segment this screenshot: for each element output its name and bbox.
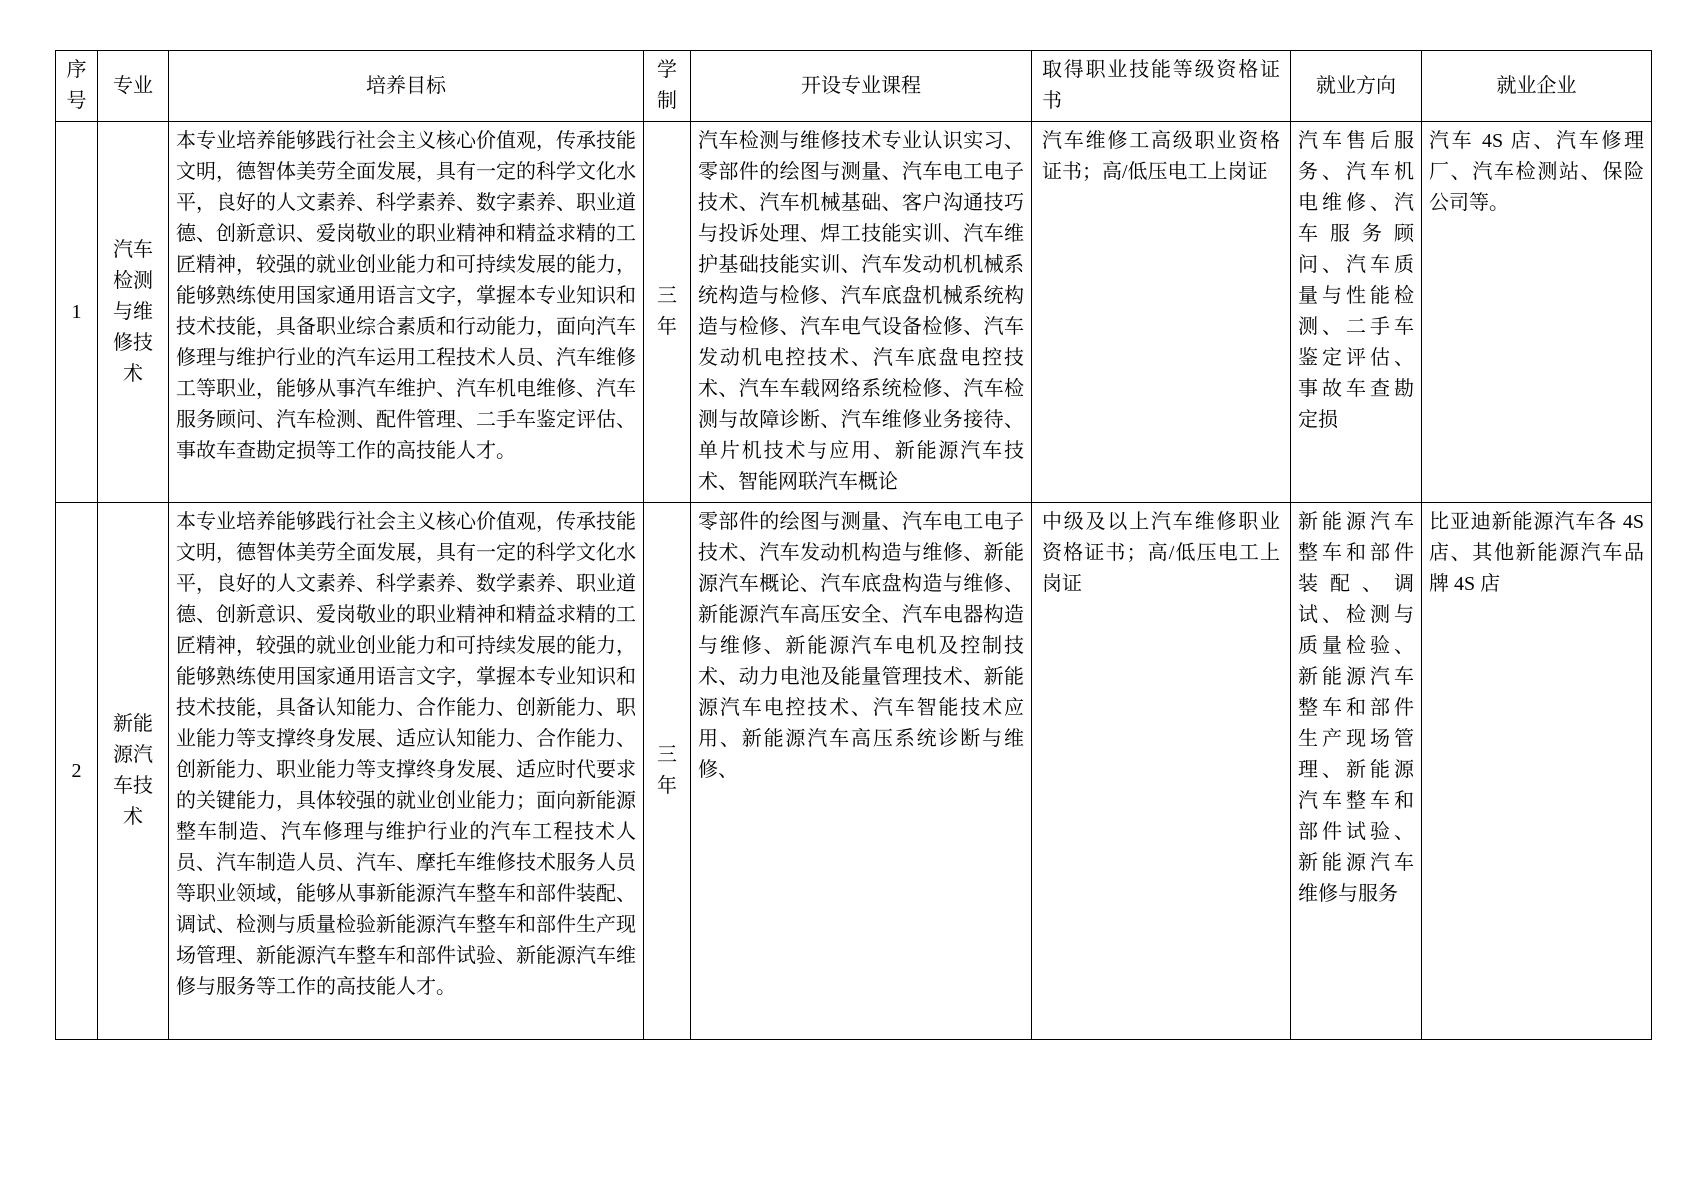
row1-index-cell: 1 (56, 122, 98, 503)
row1-major-cell: 汽车检测与维修技术 (98, 122, 169, 503)
header-employment-enterprises: 就业企业 (1422, 51, 1652, 122)
header-courses: 开设专业课程 (691, 51, 1032, 122)
majors-info-table: 序号 专业 培养目标 学制 开设专业课程 取得职业技能等级资格证书 就业方向 就… (55, 50, 1652, 1040)
header-major: 专业 (98, 51, 169, 122)
row1-duration-cell: 三年 (644, 122, 691, 503)
header-certificates: 取得职业技能等级资格证书 (1032, 51, 1291, 122)
row1-employment-enterprises-cell: 汽车 4S 店、汽车修理厂、汽车检测站、保险公司等。 (1422, 122, 1652, 503)
header-employment-direction: 就业方向 (1291, 51, 1422, 122)
row2-employment-direction-cell: 新能源汽车整车和部件装配、调试、检测与质量检验、新能源汽车整车和部件生产现场管理… (1291, 503, 1422, 1040)
table-row: 1 汽车检测与维修技术 本专业培养能够践行社会主义核心价值观，传承技能文明，德智… (56, 122, 1652, 503)
row1-courses-cell: 汽车检测与维修技术专业认识实习、零部件的绘图与测量、汽车电工电子技术、汽车机械基… (691, 122, 1032, 503)
row2-major-cell: 新能源汽车技术 (98, 503, 169, 1040)
row2-certificates-cell: 中级及以上汽车维修职业资格证书；高/低压电工上岗证 (1032, 503, 1291, 1040)
header-index: 序号 (56, 51, 98, 122)
row2-objectives-cell: 本专业培养能够践行社会主义核心价值观，传承技能文明，德智体美劳全面发展，具有一定… (169, 503, 644, 1040)
table-row: 2 新能源汽车技术 本专业培养能够践行社会主义核心价值观，传承技能文明，德智体美… (56, 503, 1652, 1040)
row2-courses-cell: 零部件的绘图与测量、汽车电工电子技术、汽车发动机构造与维修、新能源汽车概论、汽车… (691, 503, 1032, 1040)
table-header-row: 序号 专业 培养目标 学制 开设专业课程 取得职业技能等级资格证书 就业方向 就… (56, 51, 1652, 122)
row1-employment-direction-cell: 汽车售后服务、汽车机电维修、汽车服务顾问、汽车质量与性能检测、二手车鉴定评估、事… (1291, 122, 1422, 503)
row1-objectives-cell: 本专业培养能够践行社会主义核心价值观，传承技能文明，德智体美劳全面发展，具有一定… (169, 122, 644, 503)
row1-certificates-cell: 汽车维修工高级职业资格证书；高/低压电工上岗证 (1032, 122, 1291, 503)
row2-duration-cell: 三年 (644, 503, 691, 1040)
row2-index-cell: 2 (56, 503, 98, 1040)
row2-employment-enterprises-cell: 比亚迪新能源汽车各 4S 店、其他新能源汽车品牌 4S 店 (1422, 503, 1652, 1040)
header-duration: 学制 (644, 51, 691, 122)
header-objectives: 培养目标 (169, 51, 644, 122)
